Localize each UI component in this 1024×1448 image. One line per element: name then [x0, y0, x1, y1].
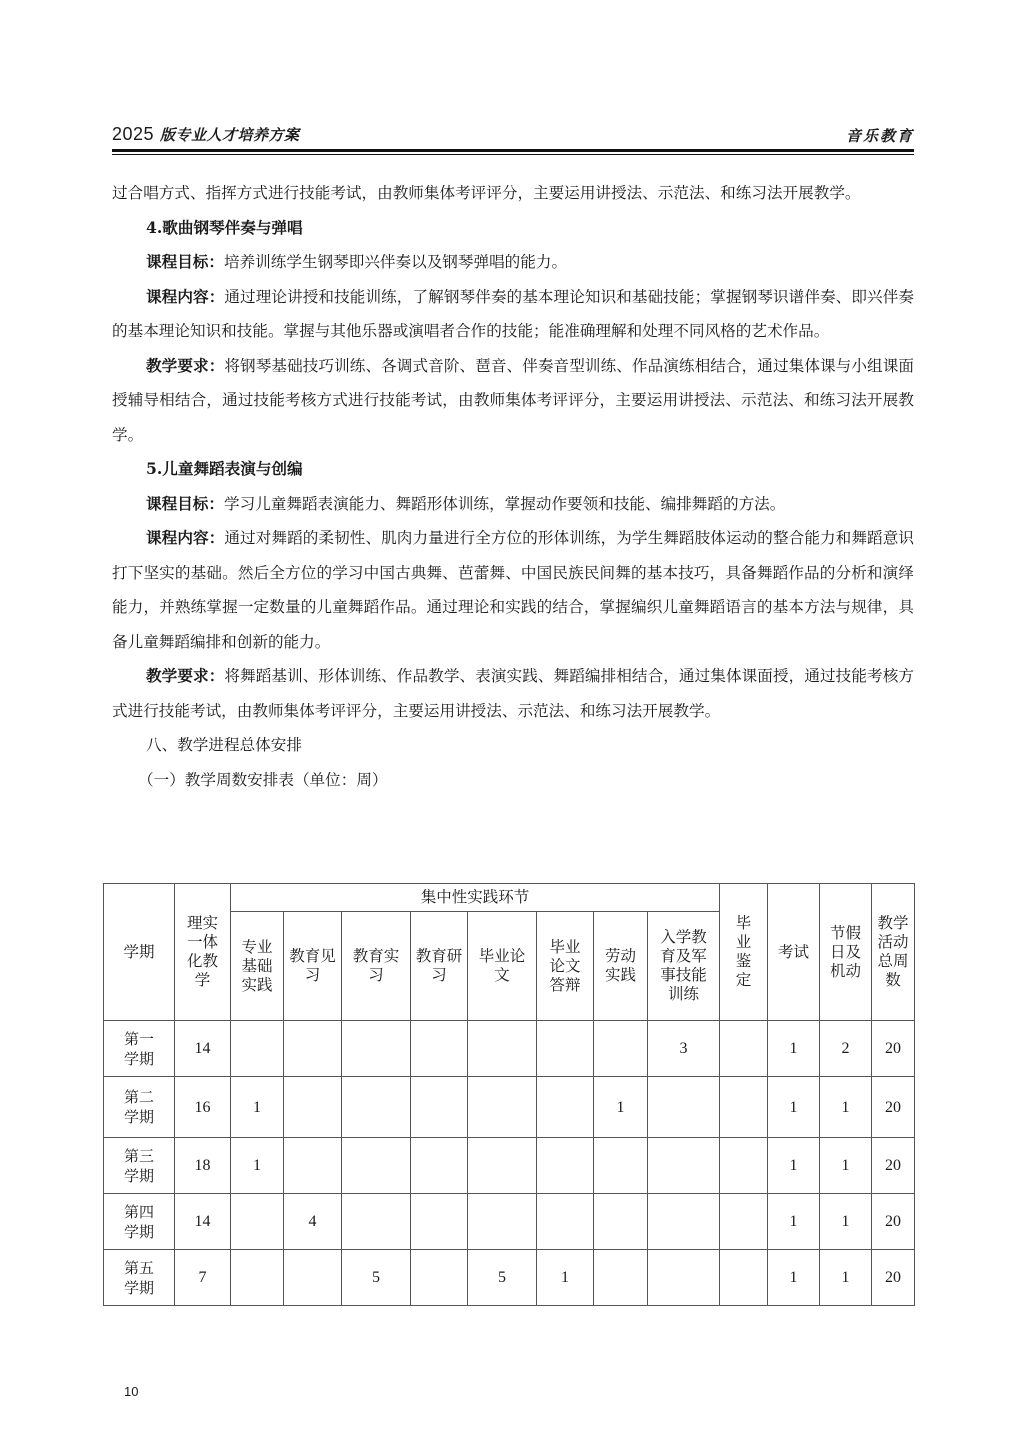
cell-practice — [468, 1194, 537, 1250]
cell-total: 20 — [872, 1021, 915, 1077]
header-exam: 考试 — [768, 884, 820, 1021]
content-text: 通过理论讲授和技能训练，了解钢琴伴奏的基本理论知识和基础技能；掌握钢琴识谱伴奏、… — [112, 288, 914, 341]
table-row: 第五学期 7 5 5 1 1 1 20 — [104, 1250, 915, 1306]
cell-practice — [342, 1077, 411, 1138]
cell-practice — [284, 1021, 342, 1077]
cell-graduation — [720, 1194, 768, 1250]
cell-holiday: 1 — [820, 1077, 872, 1138]
content-label: 课程内容： — [146, 287, 224, 306]
table-row: 第二学期 16 1 1 1 1 20 — [104, 1077, 915, 1138]
cell-practice — [537, 1021, 594, 1077]
course-4-requirements: 教学要求：将钢琴基础技巧训练、各调式音阶、琶音、伴奏音型训练、作品演练相结合，通… — [112, 349, 914, 453]
cell-integrated: 14 — [175, 1194, 231, 1250]
header-document-title: 版专业人才培养方案 — [160, 126, 300, 144]
req-label: 教学要求： — [146, 666, 224, 685]
cell-term: 第五学期 — [104, 1250, 175, 1306]
cell-holiday: 1 — [820, 1194, 872, 1250]
course-4-content: 课程内容：通过理论讲授和技能训练，了解钢琴伴奏的基本理论知识和基础技能；掌握钢琴… — [112, 280, 914, 349]
header-title: 2025 版专业人才培养方案 — [112, 124, 299, 145]
cell-exam: 1 — [768, 1021, 820, 1077]
cell-practice — [411, 1021, 468, 1077]
cell-exam: 1 — [768, 1138, 820, 1194]
cell-practice — [411, 1138, 468, 1194]
cell-practice — [468, 1138, 537, 1194]
cell-graduation — [720, 1138, 768, 1194]
header-year: 2025 — [112, 124, 154, 144]
table-row: 第三学期 18 1 1 1 20 — [104, 1138, 915, 1194]
header-major: 音乐教育 — [846, 125, 914, 146]
header-rule-thick — [112, 149, 914, 152]
cell-practice — [284, 1077, 342, 1138]
table-row: 第一学期 14 3 1 2 20 — [104, 1021, 915, 1077]
course-5-title: 5.儿童舞蹈表演与创编 — [112, 452, 914, 487]
cell-integrated: 14 — [175, 1021, 231, 1077]
cell-practice — [342, 1138, 411, 1194]
req-text: 将舞蹈基训、形体训练、作品教学、表演实践、舞蹈编排相结合，通过集体课面授，通过技… — [112, 667, 914, 720]
cell-practice — [284, 1250, 342, 1306]
cell-practice — [468, 1021, 537, 1077]
cell-practice — [231, 1250, 284, 1306]
cell-practice — [411, 1077, 468, 1138]
cell-practice — [284, 1138, 342, 1194]
cell-practice — [648, 1250, 720, 1306]
cell-practice — [342, 1194, 411, 1250]
header-thesis-defense: 毕业论文答辩 — [537, 912, 594, 1021]
cell-practice — [594, 1250, 648, 1306]
header-graduation-appraisal: 毕业鉴定 — [720, 884, 768, 1021]
cell-total: 20 — [872, 1194, 915, 1250]
cell-term: 第一学期 — [104, 1021, 175, 1077]
header-total-weeks: 教学活动总周数 — [872, 884, 915, 1021]
cell-practice: 1 — [231, 1077, 284, 1138]
cell-graduation — [720, 1021, 768, 1077]
header-thesis: 毕业论文 — [468, 912, 537, 1021]
header-rule-thin — [112, 154, 914, 155]
cell-integrated: 18 — [175, 1138, 231, 1194]
cell-holiday: 2 — [820, 1021, 872, 1077]
header-orientation-military: 入学教育及军事技能训练 — [648, 912, 720, 1021]
cell-practice — [468, 1077, 537, 1138]
cell-practice: 4 — [284, 1194, 342, 1250]
cell-exam: 1 — [768, 1077, 820, 1138]
cell-exam: 1 — [768, 1250, 820, 1306]
cell-practice — [537, 1194, 594, 1250]
content-text: 通过对舞蹈的柔韧性、肌肉力量进行全方位的形体训练，为学生舞蹈肢体运动的整合能力和… — [112, 529, 914, 651]
header-labor-practice: 劳动实践 — [594, 912, 648, 1021]
cell-total: 20 — [872, 1077, 915, 1138]
cell-integrated: 16 — [175, 1077, 231, 1138]
header-education-internship: 教育实习 — [342, 912, 411, 1021]
cell-term: 第二学期 — [104, 1077, 175, 1138]
course-4-goal: 课程目标：培养训练学生钢琴即兴伴奏以及钢琴弹唱的能力。 — [112, 245, 914, 280]
cell-graduation — [720, 1250, 768, 1306]
header-holiday: 节假日及机动 — [820, 884, 872, 1021]
course-4-title: 4.歌曲钢琴伴奏与弹唱 — [112, 211, 914, 246]
cell-practice: 5 — [468, 1250, 537, 1306]
page-header: 2025 版专业人才培养方案 音乐教育 — [112, 124, 914, 146]
body-text: 过合唱方式、指挥方式进行技能考试，由教师集体考评评分，主要运用讲授法、示范法、和… — [112, 176, 914, 797]
paragraph-continued: 过合唱方式、指挥方式进行技能考试，由教师集体考评评分，主要运用讲授法、示范法、和… — [112, 176, 914, 211]
cell-practice: 1 — [231, 1138, 284, 1194]
header-term: 学期 — [104, 884, 175, 1021]
cell-holiday: 1 — [820, 1250, 872, 1306]
req-text: 将钢琴基础技巧训练、各调式音阶、琶音、伴奏音型训练、作品演练相结合，通过集体课与… — [112, 357, 914, 444]
table-row: 第四学期 14 4 1 1 20 — [104, 1194, 915, 1250]
header-practice-group: 集中性实践环节 — [231, 884, 720, 912]
cell-exam: 1 — [768, 1194, 820, 1250]
page-number: 10 — [124, 1384, 138, 1399]
content-label: 课程内容： — [146, 528, 224, 547]
goal-label: 课程目标： — [146, 252, 224, 271]
cell-practice — [594, 1021, 648, 1077]
cell-graduation — [720, 1077, 768, 1138]
cell-practice — [231, 1021, 284, 1077]
teaching-weeks-table: 学期 理实一体化教学 集中性实践环节 毕业鉴定 考试 节假日及机动 教学活动总周… — [103, 883, 915, 1306]
cell-practice — [411, 1250, 468, 1306]
course-5-goal: 课程目标：学习儿童舞蹈表演能力、舞蹈形体训练，掌握动作要领和技能、编排舞蹈的方法… — [112, 487, 914, 522]
goal-text: 学习儿童舞蹈表演能力、舞蹈形体训练，掌握动作要领和技能、编排舞蹈的方法。 — [224, 495, 785, 513]
cell-total: 20 — [872, 1250, 915, 1306]
cell-practice — [648, 1077, 720, 1138]
cell-practice — [231, 1194, 284, 1250]
chapter-heading: 八、教学进程总体安排 — [112, 728, 914, 763]
cell-integrated: 7 — [175, 1250, 231, 1306]
course-5-requirements: 教学要求：将舞蹈基训、形体训练、作品教学、表演实践、舞蹈编排相结合，通过集体课面… — [112, 659, 914, 728]
cell-practice — [411, 1194, 468, 1250]
cell-practice — [648, 1194, 720, 1250]
cell-holiday: 1 — [820, 1138, 872, 1194]
header-professional-practice: 专业基础实践 — [231, 912, 284, 1021]
cell-term: 第三学期 — [104, 1138, 175, 1194]
cell-practice: 1 — [537, 1250, 594, 1306]
goal-text: 培养训练学生钢琴即兴伴奏以及钢琴弹唱的能力。 — [224, 253, 567, 271]
cell-practice — [537, 1077, 594, 1138]
cell-term: 第四学期 — [104, 1194, 175, 1250]
req-label: 教学要求： — [146, 356, 224, 375]
cell-practice: 5 — [342, 1250, 411, 1306]
table-caption: （一）教学周数安排表（单位：周） — [112, 763, 914, 798]
header-integrated-teaching: 理实一体化教学 — [175, 884, 231, 1021]
header-education-observation: 教育见习 — [284, 912, 342, 1021]
cell-practice: 1 — [594, 1077, 648, 1138]
goal-label: 课程目标： — [146, 494, 224, 513]
cell-practice — [342, 1021, 411, 1077]
cell-practice — [594, 1194, 648, 1250]
cell-practice — [537, 1138, 594, 1194]
course-5-content: 课程内容：通过对舞蹈的柔韧性、肌肉力量进行全方位的形体训练，为学生舞蹈肢体运动的… — [112, 521, 914, 659]
header-education-study: 教育研习 — [411, 912, 468, 1021]
cell-total: 20 — [872, 1138, 915, 1194]
cell-practice — [594, 1138, 648, 1194]
cell-practice: 3 — [648, 1021, 720, 1077]
cell-practice — [648, 1138, 720, 1194]
